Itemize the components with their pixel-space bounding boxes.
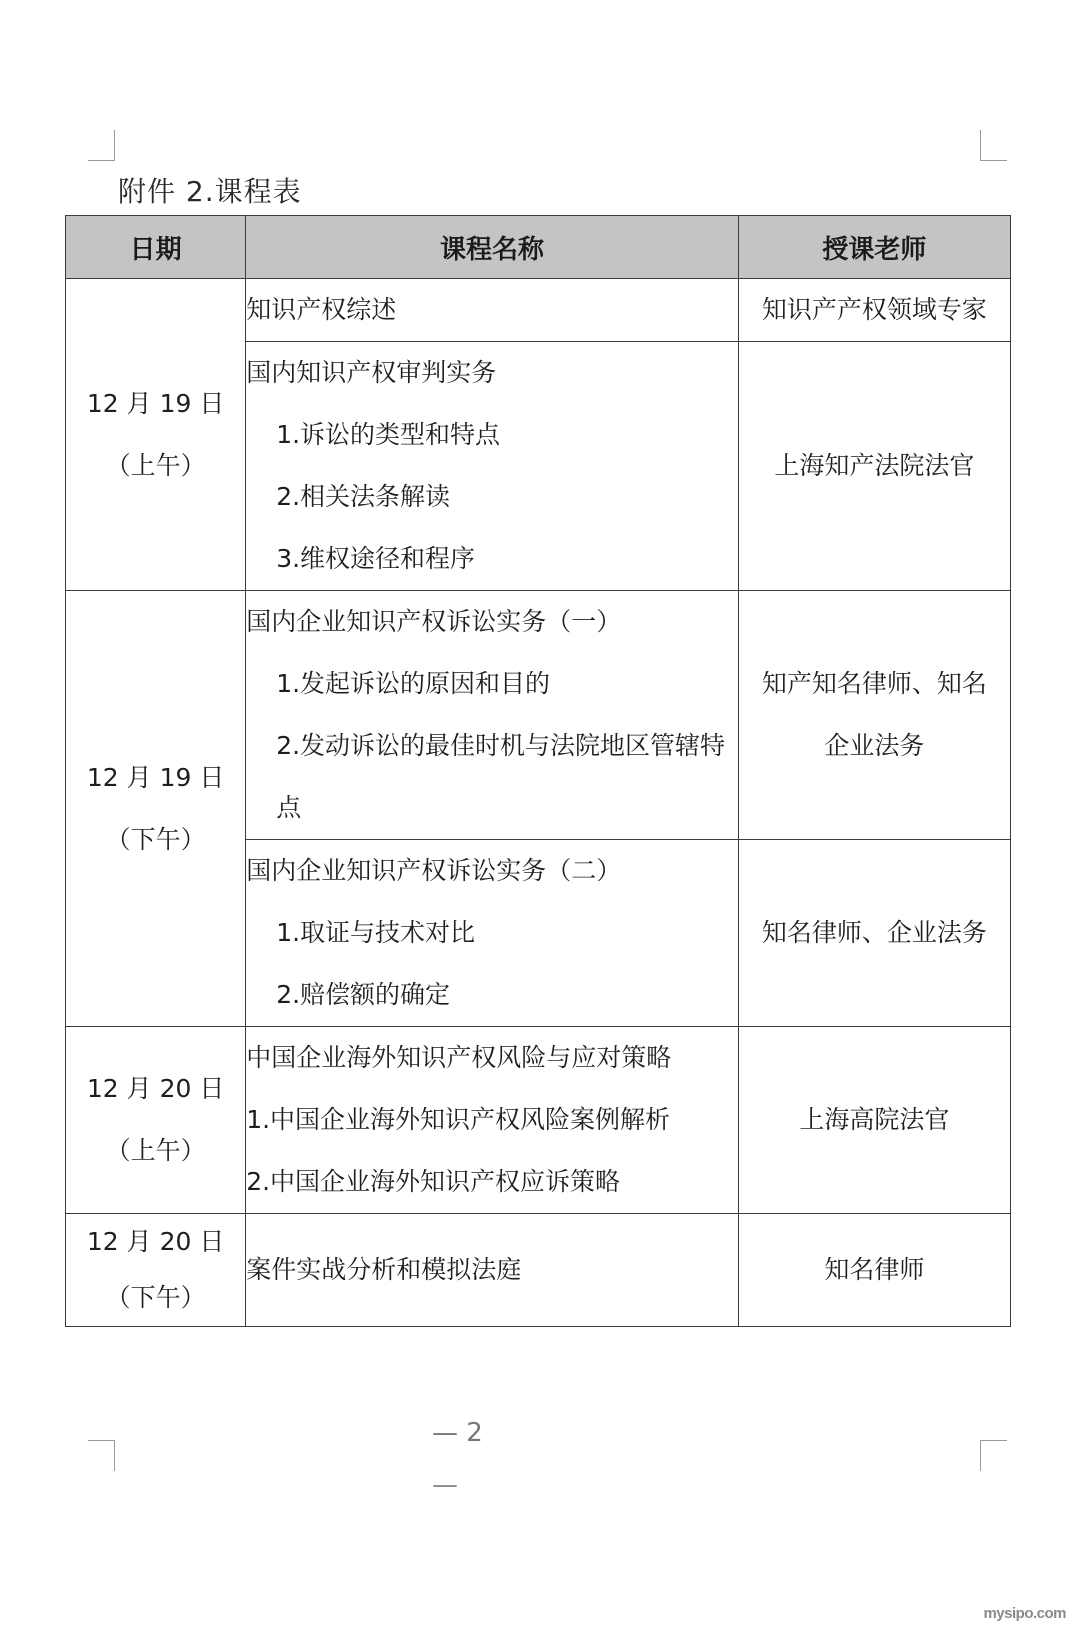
period-text: （上午） bbox=[66, 1120, 245, 1182]
page-number: — 2 bbox=[432, 1418, 483, 1448]
date-text: 12 月 20 日 bbox=[66, 1058, 245, 1120]
course-item: 1.中国企业海外知识产权风险案例解析 bbox=[246, 1089, 738, 1151]
crop-mark-bottom-right bbox=[980, 1440, 1007, 1471]
course-item: 2.发动诉讼的最佳时机与法院地区管辖特点 bbox=[246, 715, 726, 839]
course-title: 国内企业知识产权诉讼实务（二） bbox=[246, 840, 738, 902]
table-row: 12 月 20 日 （上午） 中国企业海外知识产权风险与应对策略 1.中国企业海… bbox=[66, 1027, 1011, 1214]
period-text: （上午） bbox=[66, 435, 245, 497]
watermark: mysipo.com bbox=[983, 1605, 1066, 1622]
table-row: 12 月 20 日 （下午） 案件实战分析和模拟法庭 知名律师 bbox=[66, 1214, 1011, 1327]
date-cell: 12 月 19 日 （下午） bbox=[66, 591, 246, 1027]
course-title: 知识产权综述 bbox=[246, 279, 738, 341]
course-item: 2.相关法条解读 bbox=[246, 466, 738, 528]
course-item: 1.取证与技术对比 bbox=[246, 902, 738, 964]
course-item: 2.中国企业海外知识产权应诉策略 bbox=[246, 1151, 738, 1213]
teacher-cell: 上海高院法官 bbox=[738, 1027, 1010, 1214]
table-row: 12 月 19 日 （上午） 知识产权综述 知识产产权领域专家 bbox=[66, 279, 1011, 342]
course-title: 中国企业海外知识产权风险与应对策略 bbox=[246, 1027, 738, 1089]
teacher-cell: 知名律师 bbox=[738, 1214, 1010, 1327]
course-item: 1.发起诉讼的原因和目的 bbox=[246, 653, 738, 715]
course-title: 国内企业知识产权诉讼实务（一） bbox=[246, 591, 738, 653]
course-cell: 案件实战分析和模拟法庭 bbox=[246, 1214, 739, 1327]
date-text: 12 月 19 日 bbox=[66, 373, 245, 435]
teacher-cell: 上海知产法院法官 bbox=[738, 342, 1010, 591]
course-cell: 国内知识产权审判实务 1.诉讼的类型和特点 2.相关法条解读 3.维权途径和程序 bbox=[246, 342, 739, 591]
date-cell: 12 月 20 日 （下午） bbox=[66, 1214, 246, 1327]
period-text: （下午） bbox=[66, 1270, 245, 1326]
course-title: 案件实战分析和模拟法庭 bbox=[246, 1239, 738, 1301]
teacher-cell: 知识产产权领域专家 bbox=[738, 279, 1010, 342]
header-date: 日期 bbox=[66, 216, 246, 279]
crop-mark-top-left bbox=[88, 130, 115, 161]
page-footer-dash: — bbox=[432, 1470, 458, 1500]
course-item: 1.诉讼的类型和特点 bbox=[246, 404, 738, 466]
course-schedule-table: 日期 课程名称 授课老师 12 月 19 日 （上午） 知识产权综述 知识产产权… bbox=[65, 215, 1011, 1327]
crop-mark-bottom-left bbox=[88, 1440, 115, 1471]
table-row: 12 月 19 日 （下午） 国内企业知识产权诉讼实务（一） 1.发起诉讼的原因… bbox=[66, 591, 1011, 840]
course-cell: 国内企业知识产权诉讼实务（二） 1.取证与技术对比 2.赔偿额的确定 bbox=[246, 840, 739, 1027]
document-title: 附件 2.课程表 bbox=[118, 170, 302, 210]
teacher-cell: 知名律师、企业法务 bbox=[738, 840, 1010, 1027]
period-text: （下午） bbox=[66, 809, 245, 871]
course-cell: 国内企业知识产权诉讼实务（一） 1.发起诉讼的原因和目的 2.发动诉讼的最佳时机… bbox=[246, 591, 739, 840]
course-cell: 中国企业海外知识产权风险与应对策略 1.中国企业海外知识产权风险案例解析 2.中… bbox=[246, 1027, 739, 1214]
course-item: 3.维权途径和程序 bbox=[246, 528, 738, 590]
date-cell: 12 月 19 日 （上午） bbox=[66, 279, 246, 591]
course-cell: 知识产权综述 bbox=[246, 279, 739, 342]
course-item: 2.赔偿额的确定 bbox=[246, 964, 738, 1026]
header-course-name: 课程名称 bbox=[246, 216, 739, 279]
date-cell: 12 月 20 日 （上午） bbox=[66, 1027, 246, 1214]
teacher-cell: 知产知名律师、知名企业法务 bbox=[738, 591, 1010, 840]
course-title: 国内知识产权审判实务 bbox=[246, 342, 738, 404]
table-header-row: 日期 课程名称 授课老师 bbox=[66, 216, 1011, 279]
date-text: 12 月 20 日 bbox=[66, 1214, 245, 1270]
header-teacher: 授课老师 bbox=[738, 216, 1010, 279]
date-text: 12 月 19 日 bbox=[66, 747, 245, 809]
crop-mark-top-right bbox=[980, 130, 1007, 161]
